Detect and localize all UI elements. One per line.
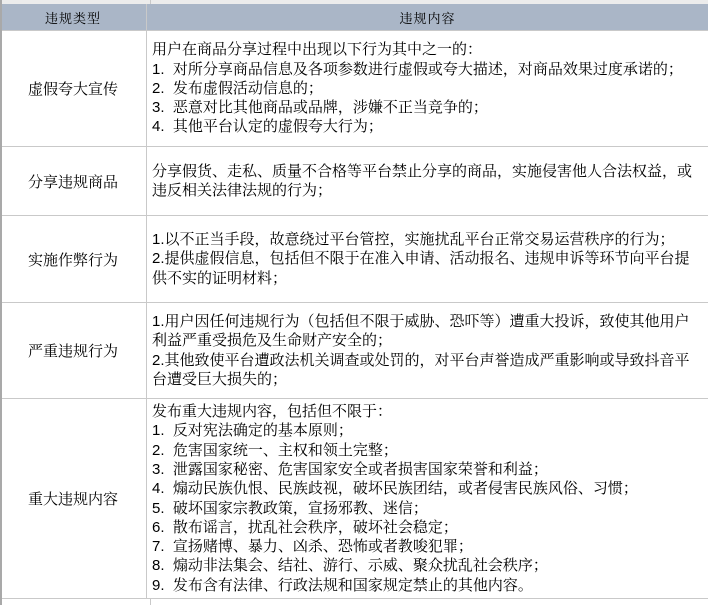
table-row: 虚假夸大宣传用户在商品分享过程中出现以下行为其中之一的：1. 对所分享商品信息及…: [0, 31, 708, 147]
violation-type-cell: 严重违规行为: [0, 303, 147, 398]
violation-content-cell: 1.用户因任何违规行为（包括但不限于威胁、恐吓等）遭重大投诉，致使其他用户利益严…: [147, 303, 708, 398]
violation-type-cell: 实施作弊行为: [0, 216, 147, 302]
violation-content-line: 8. 煽动非法集会、结社、游行、示威、聚众扰乱社会秩序；: [152, 556, 700, 575]
violation-content-line: 1. 对所分享商品信息及各项参数进行虚假或夸大描述，对商品效果过度承诺的；: [152, 60, 700, 79]
violation-content-line: 2.提供虚假信息，包括但不限于在准入申请、活动报名、违规申诉等环节向平台提供不实…: [152, 249, 700, 288]
table-row: 分享违规商品分享假货、走私、质量不合格等平台禁止分享的商品，实施侵害他人合法权益…: [0, 147, 708, 216]
spreadsheet-screenshot: 违规类型 违规内容 虚假夸大宣传用户在商品分享过程中出现以下行为其中之一的：1.…: [0, 0, 708, 605]
violation-content-line: 4. 其他平台认定的虚假夸大行为；: [152, 117, 700, 136]
adjacent-row-sliver-top: [0, 0, 708, 4]
violation-content-cell: 用户在商品分享过程中出现以下行为其中之一的：1. 对所分享商品信息及各项参数进行…: [147, 31, 708, 146]
violation-content-cell: 分享假货、走私、质量不合格等平台禁止分享的商品，实施侵害他人合法权益，或违反相关…: [147, 147, 708, 215]
violation-content-line: 4. 煽动民族仇恨、民族歧视，破坏民族团结，或者侵害民族风俗、习惯；: [152, 479, 700, 498]
adjacent-column-edge-line: [0, 0, 2, 605]
table-row: 实施作弊行为1.以不正当手段，故意绕过平台管控，实施扰乱平台正常交易运营秩序的行…: [0, 216, 708, 303]
violation-content-line: 1.用户因任何违规行为（包括但不限于威胁、恐吓等）遭重大投诉，致使其他用户利益严…: [152, 312, 700, 351]
violation-content-line: 7. 宣扬赌博、暴力、凶杀、恐怖或者教唆犯罪；: [152, 537, 700, 556]
gridline-vertical: [150, 599, 151, 605]
violation-content-line: 1.以不正当手段，故意绕过平台管控，实施扰乱平台正常交易运营秩序的行为；: [152, 230, 700, 249]
table-body: 虚假夸大宣传用户在商品分享过程中出现以下行为其中之一的：1. 对所分享商品信息及…: [0, 31, 708, 599]
violation-content-line: 2.其他致使平台遭政法机关调查或处罚的，对平台声誉造成严重影响或导致抖音平台遭受…: [152, 351, 700, 390]
violation-content-line: 3. 泄露国家秘密、危害国家安全或者损害国家荣誉和利益；: [152, 460, 700, 479]
adjacent-row-sliver-bottom: [0, 599, 708, 605]
violation-type-cell: 重大违规内容: [0, 399, 147, 598]
table-header-row: 违规类型 违规内容: [0, 4, 708, 31]
violation-content-line: 1. 反对宪法确定的基本原则；: [152, 421, 700, 440]
violation-content-line: 用户在商品分享过程中出现以下行为其中之一的：: [152, 40, 700, 59]
violation-content-line: 2. 危害国家统一、主权和领土完整；: [152, 441, 700, 460]
violation-content-line: 6. 散布谣言，扰乱社会秩序，破坏社会稳定；: [152, 518, 700, 537]
table-row: 严重违规行为1.用户因任何违规行为（包括但不限于威胁、恐吓等）遭重大投诉，致使其…: [0, 303, 708, 399]
violation-content-line: 3. 恶意对比其他商品或品牌，涉嫌不正当竞争的；: [152, 98, 700, 117]
table-row: 重大违规内容发布重大违规内容，包括但不限于：1. 反对宪法确定的基本原则；2. …: [0, 399, 708, 599]
header-violation-type: 违规类型: [0, 4, 147, 30]
violation-content-line: 分享假货、走私、质量不合格等平台禁止分享的商品，实施侵害他人合法权益，或违反相关…: [152, 162, 700, 201]
header-violation-content: 违规内容: [147, 4, 708, 30]
gridline-vertical: [150, 0, 151, 4]
violation-content-line: 发布重大违规内容，包括但不限于：: [152, 402, 700, 421]
violation-content-line: 9. 发布含有法律、行政法规和国家规定禁止的其他内容。: [152, 576, 700, 595]
violation-type-cell: 分享违规商品: [0, 147, 147, 215]
violation-type-cell: 虚假夸大宣传: [0, 31, 147, 146]
violation-content-cell: 1.以不正当手段，故意绕过平台管控，实施扰乱平台正常交易运营秩序的行为；2.提供…: [147, 216, 708, 302]
violation-content-line: 2. 发布虚假活动信息的；: [152, 79, 700, 98]
violation-content-cell: 发布重大违规内容，包括但不限于：1. 反对宪法确定的基本原则；2. 危害国家统一…: [147, 399, 708, 598]
violation-content-line: 5. 破坏国家宗教政策，宣扬邪教、迷信；: [152, 499, 700, 518]
